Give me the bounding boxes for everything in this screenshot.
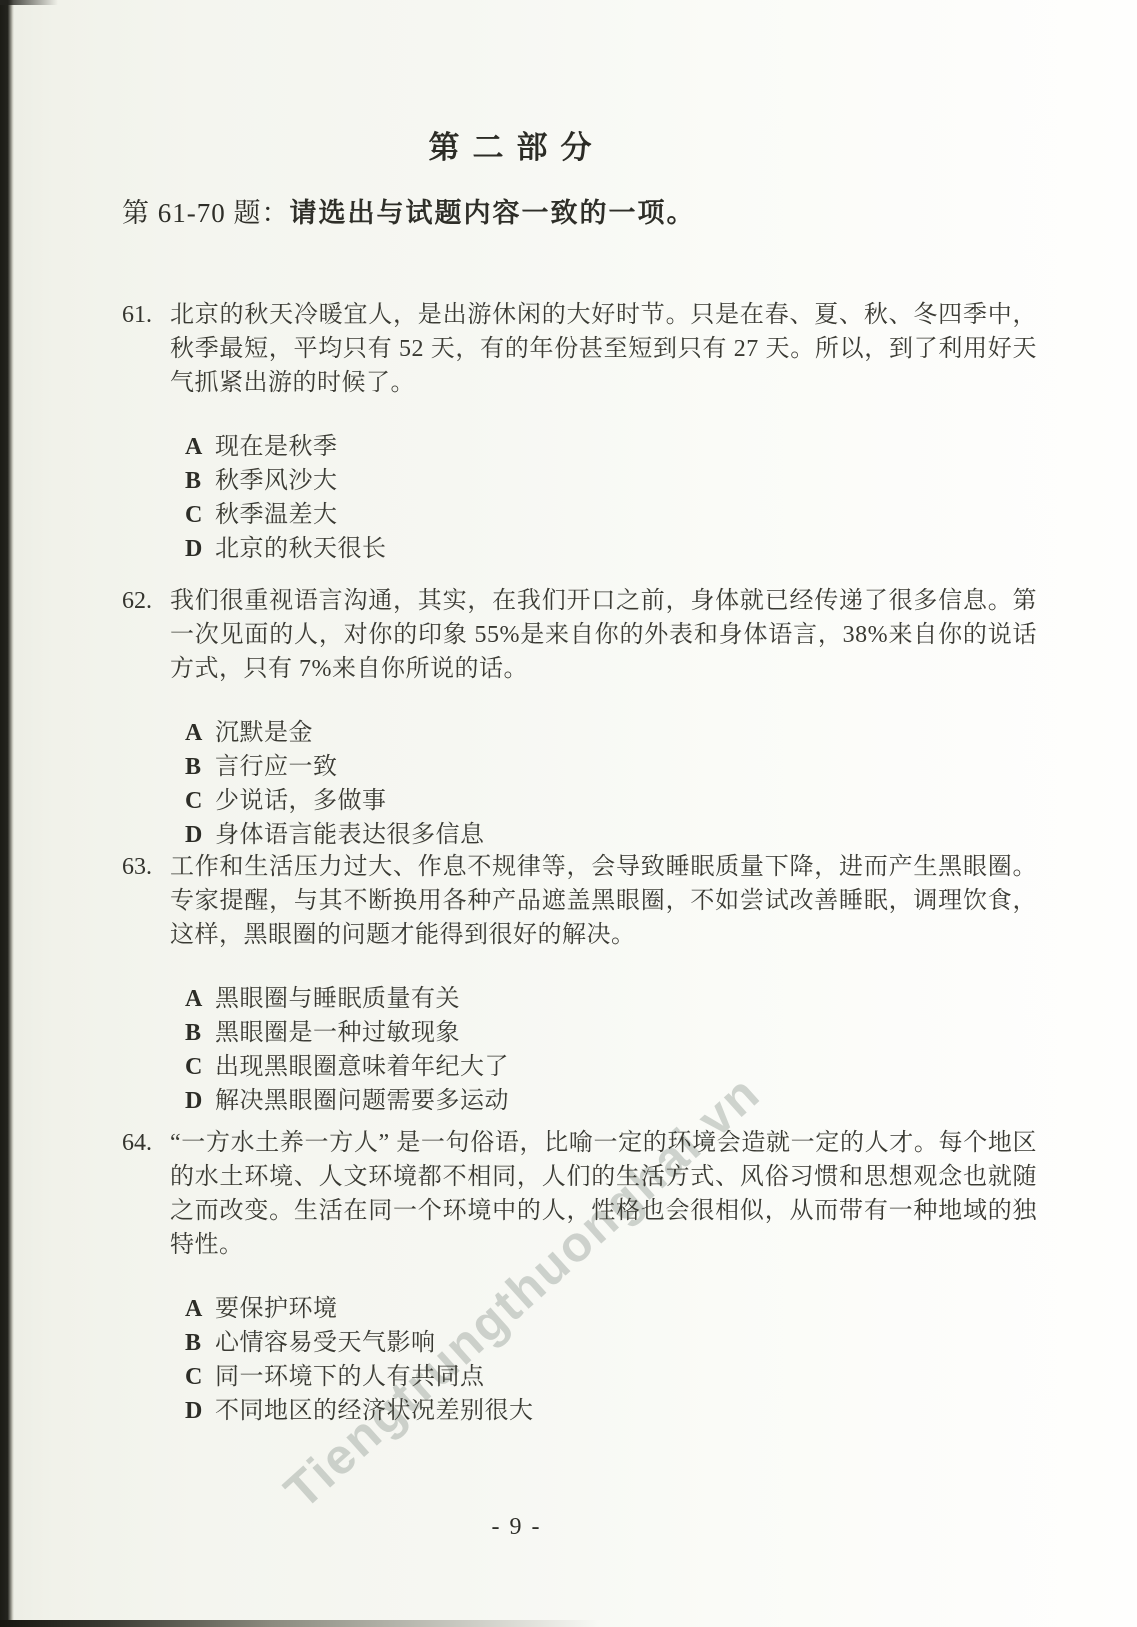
scan-edge-top xyxy=(0,0,58,5)
question-number: 63. xyxy=(122,850,170,884)
option-text: 黑眼圈是一种过敏现象 xyxy=(215,1012,460,1047)
option-a: A 要保护环境 xyxy=(185,1288,1037,1322)
scan-edge-bottom xyxy=(0,1620,600,1627)
option-letter: B xyxy=(185,754,215,781)
question-stem: 北京的秋天冷暖宜人，是出游休闲的大好时节。只是在春、夏、秋、冬四季中，秋季最短，… xyxy=(170,298,1037,400)
option-a: A 黑眼圈与睡眠质量有关 xyxy=(185,978,1037,1012)
page-number: - 9 - xyxy=(0,1514,1033,1541)
option-b: B 秋季风沙大 xyxy=(185,460,1037,494)
option-text: 沉默是金 xyxy=(215,712,313,747)
option-d: D 不同地区的经济状况差别很大 xyxy=(185,1390,1037,1424)
question-number: 61. xyxy=(122,298,170,332)
option-letter: C xyxy=(185,502,215,529)
option-text: 现在是秋季 xyxy=(215,426,338,461)
option-letter: A xyxy=(185,986,215,1013)
option-letter: D xyxy=(185,822,215,849)
question-62: 62. 我们很重视语言沟通，其实，在我们开口之前，身体就已经传递了很多信息。第一… xyxy=(122,584,1037,848)
option-letter: B xyxy=(185,468,215,495)
options-list: A 现在是秋季 B 秋季风沙大 C 秋季温差大 D 北京的秋天很长 xyxy=(185,426,1037,562)
question-64: 64. “一方水土养一方人” 是一句俗语，比喻一定的环境会造就一定的人才。每个地… xyxy=(122,1126,1037,1424)
question-63: 63. 工作和生活压力过大、作息不规律等，会导致睡眠质量下降，进而产生黑眼圈。专… xyxy=(122,850,1037,1114)
option-text: 秋季风沙大 xyxy=(215,460,338,495)
option-text: 出现黑眼圈意味着年纪大了 xyxy=(215,1046,509,1081)
option-a: A 沉默是金 xyxy=(185,712,1037,746)
option-letter: D xyxy=(185,536,215,563)
scan-edge-left xyxy=(0,0,14,1627)
option-d: D 北京的秋天很长 xyxy=(185,528,1037,562)
options-list: A 黑眼圈与睡眠质量有关 B 黑眼圈是一种过敏现象 C 出现黑眼圈意味着年纪大了… xyxy=(185,978,1037,1114)
option-text: 秋季温差大 xyxy=(215,494,338,529)
scanned-exam-page: Tiengtrungthuonghai.vn 第二部分 第 61-70 题：请选… xyxy=(0,0,1137,1627)
page-content: 第二部分 第 61-70 题：请选出与试题内容一致的一项。 61. 北京的秋天冷… xyxy=(0,0,1137,1627)
options-list: A 要保护环境 B 心情容易受天气影响 C 同一环境下的人有共同点 D 不同地区… xyxy=(185,1288,1037,1424)
option-text: 同一环境下的人有共同点 xyxy=(215,1356,485,1391)
option-letter: B xyxy=(185,1020,215,1047)
option-text: 心情容易受天气影响 xyxy=(215,1322,436,1357)
option-c: C 少说话，多做事 xyxy=(185,780,1037,814)
option-letter: A xyxy=(185,720,215,747)
option-a: A 现在是秋季 xyxy=(185,426,1037,460)
question-stem: 工作和生活压力过大、作息不规律等，会导致睡眠质量下降，进而产生黑眼圈。专家提醒，… xyxy=(170,850,1037,952)
option-letter: B xyxy=(185,1330,215,1357)
options-list: A 沉默是金 B 言行应一致 C 少说话，多做事 D 身体语言能表达很多信息 xyxy=(185,712,1037,848)
question-number: 62. xyxy=(122,584,170,618)
instructions-line: 第 61-70 题：请选出与试题内容一致的一项。 xyxy=(122,191,696,230)
option-text: 身体语言能表达很多信息 xyxy=(215,814,485,849)
instructions-range: 第 61-70 题： xyxy=(122,198,290,228)
question-number: 64. xyxy=(122,1126,170,1160)
option-b: B 心情容易受天气影响 xyxy=(185,1322,1037,1356)
question-61: 61. 北京的秋天冷暖宜人，是出游休闲的大好时节。只是在春、夏、秋、冬四季中，秋… xyxy=(122,298,1037,562)
question-stem: “一方水土养一方人” 是一句俗语，比喻一定的环境会造就一定的人才。每个地区的水土… xyxy=(170,1126,1037,1262)
option-letter: C xyxy=(185,1364,215,1391)
option-text: 少说话，多做事 xyxy=(215,780,387,815)
option-text: 不同地区的经济状况差别很大 xyxy=(215,1390,534,1425)
option-text: 言行应一致 xyxy=(215,746,338,781)
option-letter: C xyxy=(185,1054,215,1081)
option-text: 要保护环境 xyxy=(215,1288,338,1323)
option-letter: A xyxy=(185,434,215,461)
option-c: C 秋季温差大 xyxy=(185,494,1037,528)
option-text: 黑眼圈与睡眠质量有关 xyxy=(215,978,460,1013)
section-title: 第二部分 xyxy=(0,122,1033,167)
option-d: D 身体语言能表达很多信息 xyxy=(185,814,1037,848)
instructions-text: 请选出与试题内容一致的一项。 xyxy=(290,198,696,228)
option-b: B 言行应一致 xyxy=(185,746,1037,780)
option-text: 解决黑眼圈问题需要多运动 xyxy=(215,1080,509,1115)
option-letter: D xyxy=(185,1088,215,1115)
question-stem: 我们很重视语言沟通，其实，在我们开口之前，身体就已经传递了很多信息。第一次见面的… xyxy=(170,584,1037,686)
option-text: 北京的秋天很长 xyxy=(215,528,387,563)
option-c: C 同一环境下的人有共同点 xyxy=(185,1356,1037,1390)
option-b: B 黑眼圈是一种过敏现象 xyxy=(185,1012,1037,1046)
option-letter: A xyxy=(185,1296,215,1323)
option-letter: C xyxy=(185,788,215,815)
option-c: C 出现黑眼圈意味着年纪大了 xyxy=(185,1046,1037,1080)
option-letter: D xyxy=(185,1398,215,1425)
option-d: D 解决黑眼圈问题需要多运动 xyxy=(185,1080,1037,1114)
